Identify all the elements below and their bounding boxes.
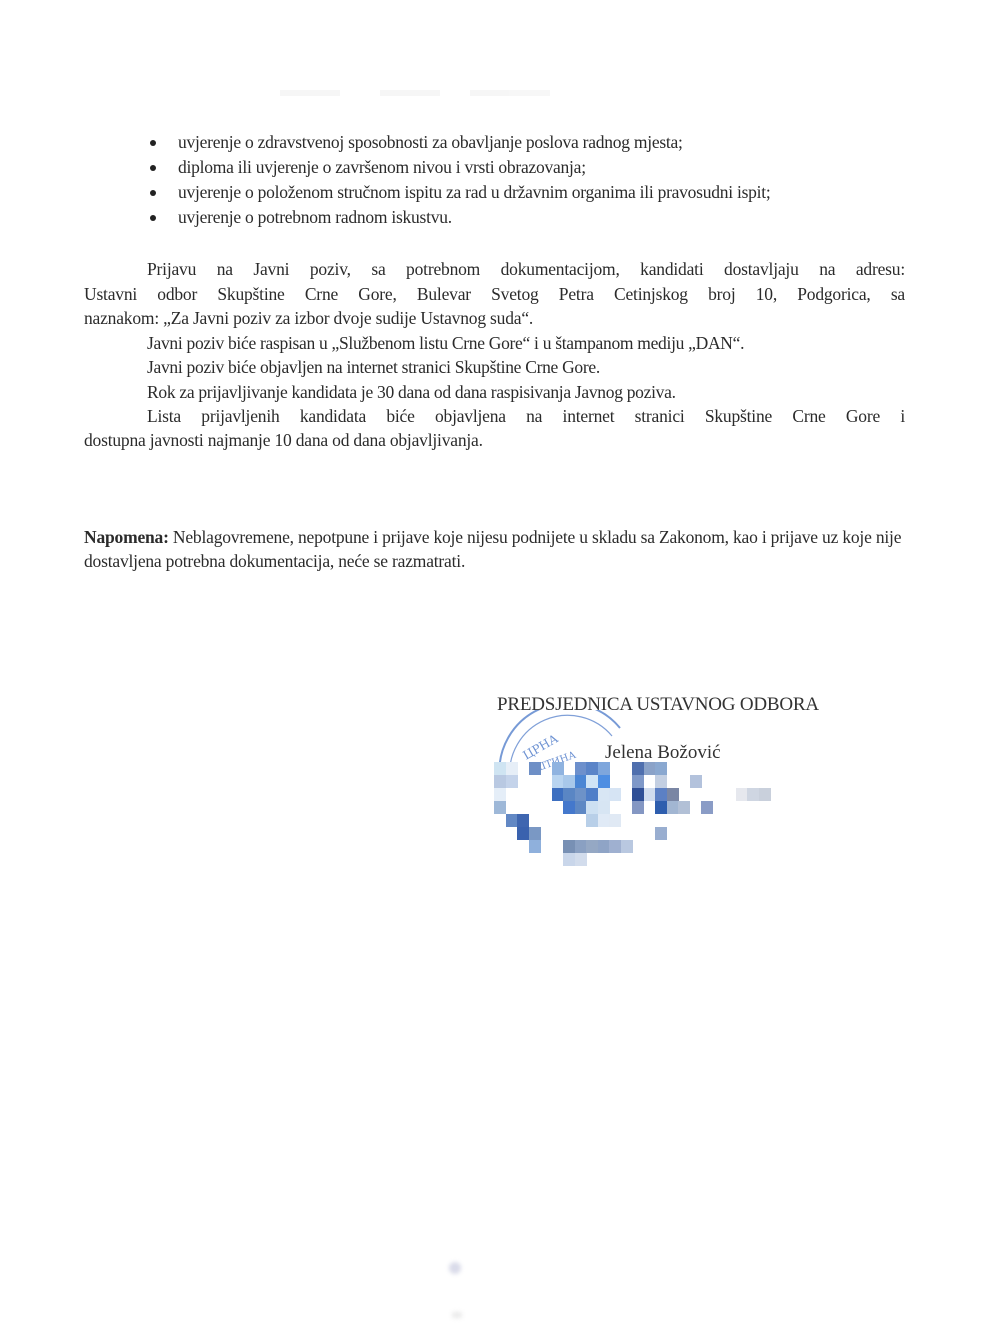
redaction-block [563, 788, 575, 801]
redaction-block [506, 814, 518, 827]
redaction-block [575, 801, 587, 814]
bullet-icon [150, 190, 156, 196]
redaction-block [517, 827, 529, 840]
redaction-block [655, 788, 667, 801]
submission-line-3: naznakom: „Za Javni poziv za izbor dvoje… [84, 306, 905, 331]
redaction-block [678, 801, 690, 814]
bullet-icon [150, 215, 156, 221]
redaction-block [586, 801, 598, 814]
redaction-block [655, 762, 667, 775]
redaction-block [747, 788, 759, 801]
redaction-block [609, 840, 621, 853]
redaction-block [598, 801, 610, 814]
redaction-block [575, 853, 587, 866]
redaction-block [529, 840, 541, 853]
redaction-block [690, 775, 702, 788]
redaction-block [506, 762, 518, 775]
redaction-block [609, 788, 621, 801]
redaction-block [621, 840, 633, 853]
note-text: Neblagovremene, nepotpune i prijave koje… [84, 527, 901, 571]
scan-artifact [449, 1262, 461, 1274]
scan-artifact [452, 1312, 462, 1318]
bullet-icon [150, 140, 156, 146]
redaction-block [563, 840, 575, 853]
redaction-block [655, 775, 667, 788]
redaction-block [586, 762, 598, 775]
list-item: uvjerenje o potrebnom radnom iskustvu. [147, 205, 771, 230]
redaction-block [667, 801, 679, 814]
redaction-block [575, 762, 587, 775]
redaction-block [575, 840, 587, 853]
redaction-block [759, 788, 771, 801]
redaction-block [494, 762, 506, 775]
redaction-block [586, 814, 598, 827]
redaction-block [586, 840, 598, 853]
note: Napomena: Neblagovremene, nepotpune i pr… [84, 525, 905, 573]
redaction-block [644, 788, 656, 801]
redaction-block [517, 814, 529, 827]
redaction-block [529, 827, 541, 840]
redaction-block [552, 762, 564, 775]
redaction-block [667, 788, 679, 801]
redaction-block [552, 775, 564, 788]
redaction-block [529, 762, 541, 775]
redaction-block [494, 801, 506, 814]
candidate-list-line-2: dostupna javnosti najmanje 10 dana od da… [84, 428, 905, 453]
redaction-block [736, 788, 748, 801]
submission-line-2: Ustavni odbor Skupštine Crne Gore, Bulev… [84, 282, 905, 307]
candidate-list-line-1: Lista prijavljenih kandidata biće objavl… [84, 404, 905, 429]
redaction-block [598, 814, 610, 827]
redaction-block [598, 788, 610, 801]
redaction-block [598, 762, 610, 775]
redaction-block [598, 840, 610, 853]
redaction-block [563, 775, 575, 788]
redaction-block [563, 801, 575, 814]
redaction-block [506, 775, 518, 788]
redaction-block [586, 788, 598, 801]
redaction-block [609, 814, 621, 827]
publication-official: Javni poziv biće raspisan u „Službenom l… [147, 331, 744, 356]
redaction-block [655, 827, 667, 840]
signature-title: PREDSJEDNICA USTAVNOG ODBORA [497, 694, 819, 716]
list-item: uvjerenje o zdravstvenoj sposobnosti za … [147, 130, 771, 155]
redaction-block [563, 853, 575, 866]
redaction-block [552, 788, 564, 801]
note-label: Napomena: [84, 527, 169, 547]
deadline: Rok za prijavljivanje kandidata je 30 da… [147, 380, 676, 405]
redaction-block [632, 762, 644, 775]
redaction-block [586, 775, 598, 788]
redaction-block [632, 801, 644, 814]
redaction-block [598, 775, 610, 788]
redaction-block [644, 762, 656, 775]
redaction-block [575, 788, 587, 801]
redaction-block [632, 775, 644, 788]
signatory-name: Jelena Božović [605, 742, 721, 764]
redaction-block [632, 788, 644, 801]
faint-scan-header [280, 88, 550, 100]
redaction-block [655, 801, 667, 814]
redaction-block [494, 775, 506, 788]
redaction-block [494, 788, 506, 801]
bullet-icon [150, 165, 156, 171]
requirements-list: uvjerenje o zdravstvenoj sposobnosti za … [147, 130, 771, 230]
list-item: diploma ili uvjerenje o završenom nivou … [147, 155, 771, 180]
redaction-block [575, 775, 587, 788]
publication-internet: Javni poziv biće objavljen na internet s… [147, 355, 600, 380]
list-item: uvjerenje o položenom stručnom ispitu za… [147, 180, 771, 205]
redacted-signature [494, 762, 774, 872]
submission-line-1: Prijavu na Javni poziv, sa potrebnom dok… [84, 257, 905, 282]
redaction-block [701, 801, 713, 814]
